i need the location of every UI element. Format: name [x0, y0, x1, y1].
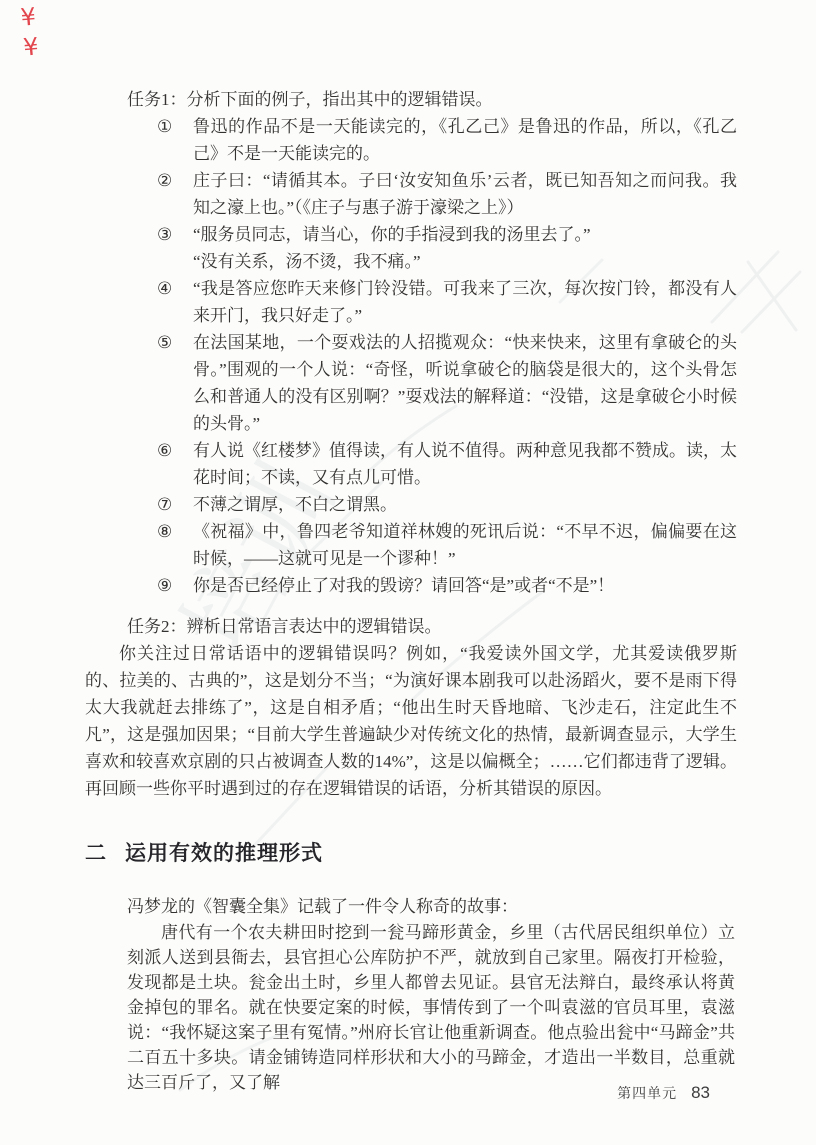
item-marker: ③ [157, 221, 172, 248]
list-item: ①鲁迅的作品不是一天能读完的，《孔乙己》是鲁迅的作品，所以，《孔乙己》不是一天能… [85, 113, 737, 167]
item-marker: ① [157, 113, 172, 140]
page-number: 83 [691, 1083, 710, 1103]
red-corner-mark: ¥ [22, 31, 40, 62]
red-corner-mark: ¥ [19, 1, 37, 32]
item-text: “我是答应您昨天来修门铃没错。可我来了三次，每次按门铃，都没有人来开门，我只好走… [193, 279, 737, 325]
item-text: 庄子曰：“请循其本。子曰‘汝安知鱼乐’云者，既已知吾知之而问我。我知之濠上也。”… [193, 171, 737, 217]
item-marker: ⑧ [157, 518, 172, 545]
item-marker: ④ [157, 275, 172, 302]
list-item: ⑤在法国某地，一个耍戏法的人招揽观众：“快来快来，这里有拿破仑的头骨。”围观的一… [85, 329, 737, 437]
section2-title: 运用有效的推理形式 [125, 840, 323, 868]
item-text: “服务员同志，请当心，你的手指浸到我的汤里去了。” “没有关系，汤不烫，我不痛。… [193, 225, 591, 271]
list-item: ⑦不薄之谓厚，不白之谓黑。 [85, 491, 737, 518]
textbook-page: 培训 ¥ ¥ 任务1：分析下面的例子，指出其中的逻辑错误。 ①鲁迅的作品不是一天… [0, 0, 816, 1145]
item-marker: ⑥ [157, 437, 172, 464]
section2-number: 二 [85, 840, 107, 868]
item-text: 《祝福》中，鲁四老爷知道祥林嫂的死讯后说：“不早不迟，偏偏要在这时候，——这就可… [193, 522, 737, 568]
task2-heading: 任务2：辨析日常语言表达中的逻辑错误。 [127, 613, 737, 640]
item-text: 鲁迅的作品不是一天能读完的，《孔乙己》是鲁迅的作品，所以，《孔乙己》不是一天能读… [193, 117, 737, 163]
story-paragraph: 唐代有一个农夫耕田时挖到一瓮马蹄形黄金，乡里（古代居民组织单位）立刻派人送到县衙… [127, 920, 735, 1095]
unit-label: 第四单元 [617, 1083, 677, 1103]
list-item: ③“服务员同志，请当心，你的手指浸到我的汤里去了。” “没有关系，汤不烫，我不痛… [85, 221, 737, 275]
item-marker: ⑤ [157, 329, 172, 356]
page-footer: 第四单元 83 [617, 1083, 710, 1103]
item-text: 有人说《红楼梦》值得读，有人说不值得。两种意见我都不赞成。读，太花时间；不读，又… [193, 441, 737, 487]
corner-marks: ¥ ¥ [19, 1, 39, 62]
section2-heading: 二 运用有效的推理形式 [85, 840, 737, 868]
item-text: 在法国某地，一个耍戏法的人招揽观众：“快来快来，这里有拿破仑的头骨。”围观的一个… [193, 333, 737, 433]
task1-heading: 任务1：分析下面的例子，指出其中的逻辑错误。 [127, 86, 737, 113]
list-item: ②庄子曰：“请循其本。子曰‘汝安知鱼乐’云者，既已知吾知之而问我。我知之濠上也。… [85, 167, 737, 221]
task1-item-list: ①鲁迅的作品不是一天能读完的，《孔乙己》是鲁迅的作品，所以，《孔乙己》不是一天能… [85, 113, 737, 599]
item-marker: ⑦ [157, 491, 172, 518]
list-item: ⑥有人说《红楼梦》值得读，有人说不值得。两种意见我都不赞成。读，太花时间；不读，… [85, 437, 737, 491]
list-item: ⑨你是否已经停止了对我的毁谤？请回答“是”或者“不是”！ [85, 572, 737, 599]
page-content: 任务1：分析下面的例子，指出其中的逻辑错误。 ①鲁迅的作品不是一天能读完的，《孔… [85, 86, 737, 1095]
item-marker: ⑨ [157, 572, 172, 599]
list-item: ④“我是答应您昨天来修门铃没错。可我来了三次，每次按门铃，都没有人来开门，我只好… [85, 275, 737, 329]
story-intro: 冯梦龙的《智囊全集》记载了一件令人称奇的故事： [127, 894, 737, 920]
item-text: 不薄之谓厚，不白之谓黑。 [193, 495, 397, 514]
list-item: ⑧《祝福》中，鲁四老爷知道祥林嫂的死讯后说：“不早不迟，偏偏要在这时候，——这就… [85, 518, 737, 572]
task2-paragraph: 你关注过日常话语中的逻辑错误吗？例如，“我爱读外国文学，尤其爱读俄罗斯的、拉美的… [85, 640, 737, 802]
item-text: 你是否已经停止了对我的毁谤？请回答“是”或者“不是”！ [193, 576, 614, 595]
item-marker: ② [157, 167, 172, 194]
